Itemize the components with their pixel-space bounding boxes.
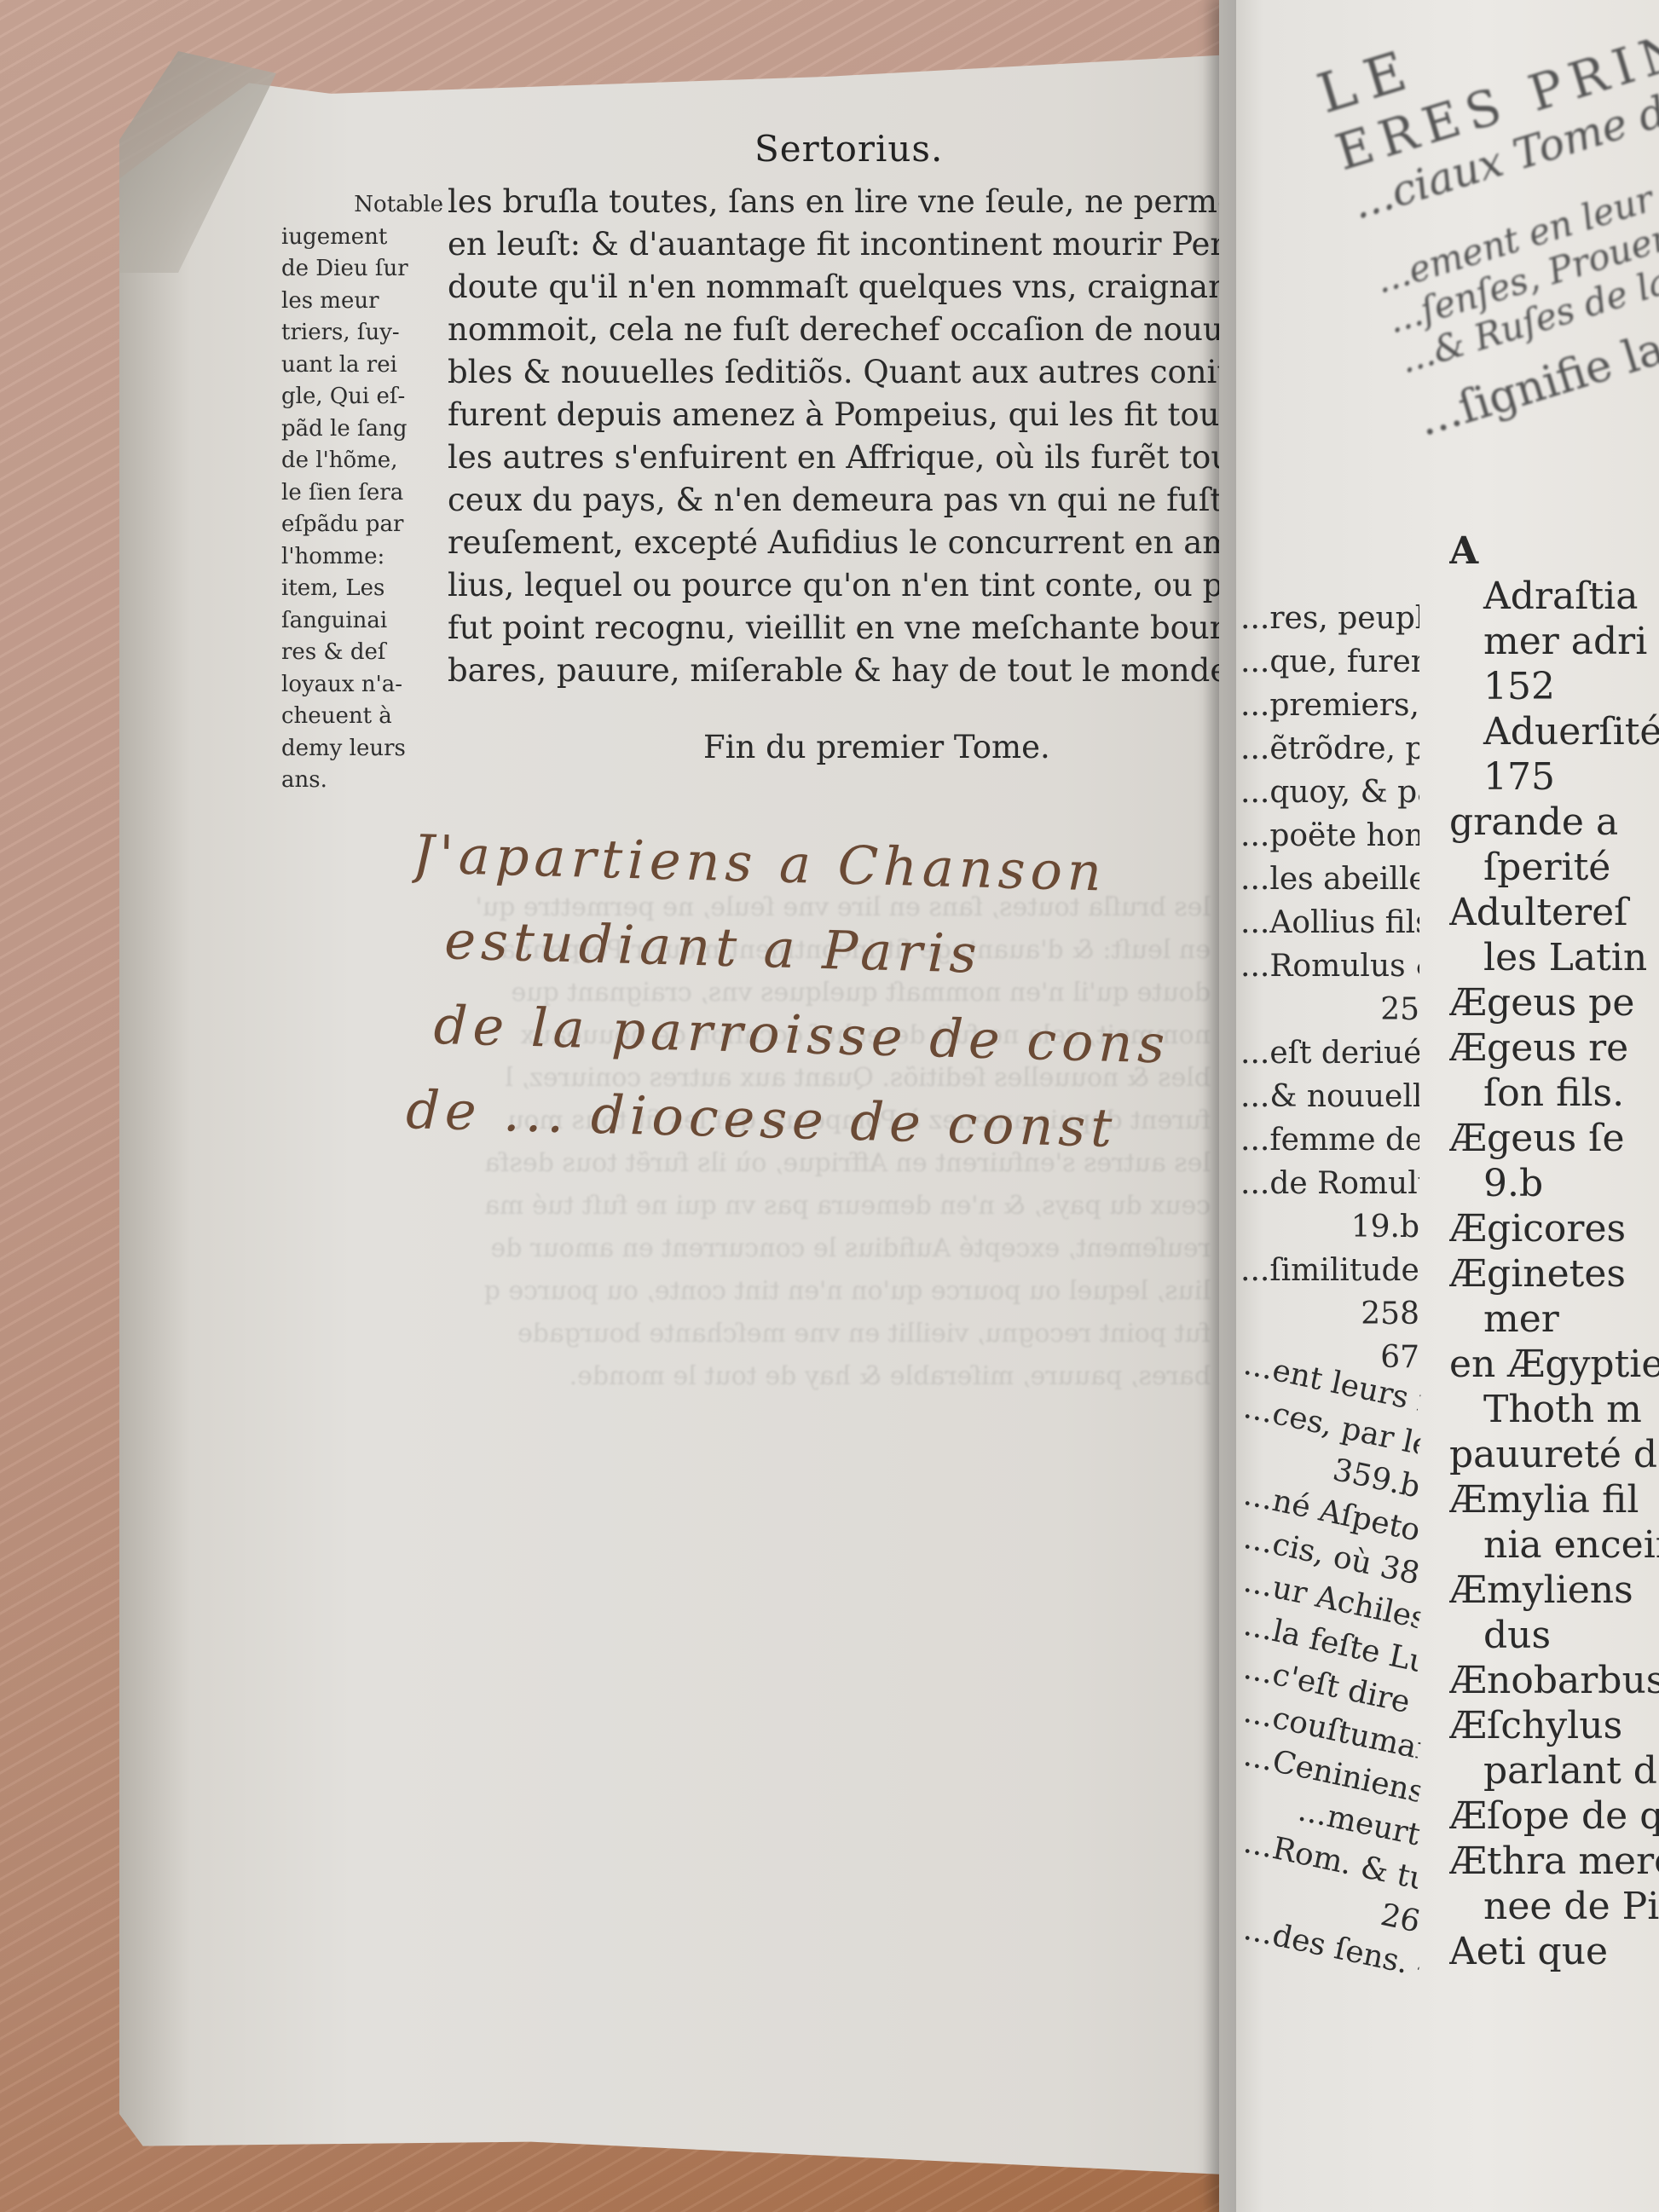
index-entry: Ænobarbus <box>1449 1658 1659 1703</box>
margin-note-line: le ſien ſera <box>281 477 443 510</box>
index-entry: ...ſimilitude de mi- <box>1240 1249 1419 1292</box>
index-entry: Æthra mere <box>1449 1839 1659 1884</box>
index-column-left: ...res, peuple Io- ...que, furent les ..… <box>1240 597 1419 1988</box>
index-entry: ...premiers, qui ſe <box>1240 684 1419 727</box>
margin-note-line: Notable <box>281 189 443 222</box>
margin-note-line: ans. <box>281 765 443 797</box>
index-entry: Æſchylus <box>1449 1703 1659 1748</box>
margin-note-line: ſanguinai <box>281 605 443 638</box>
index-entry: ...res, peuple Io- <box>1240 597 1419 640</box>
margin-note-line: cheuent à <box>281 701 443 733</box>
index-entry: Æmylia fil <box>1449 1477 1659 1522</box>
margin-note-line: loyaux n'a- <box>281 669 443 702</box>
index-entry: Ægeus ſe <box>1449 1116 1659 1161</box>
index-entry: ſon fils. <box>1449 1071 1659 1116</box>
margin-note-line: de l'hõme, <box>281 445 443 477</box>
body-line: en leuſt: & d'auantage fit incontinent m… <box>448 223 1309 266</box>
index-entry: en Ægyptie <box>1449 1342 1659 1387</box>
index-entry: ſperité <box>1449 845 1659 890</box>
margin-note-line: l'homme: <box>281 541 443 574</box>
margin-note-line: res & deſ <box>281 637 443 669</box>
body-text: les bruſla toutes, ſans en lire vne ſeul… <box>448 181 1309 692</box>
margin-note-line: les meur <box>281 286 443 318</box>
margin-note-line: triers, ſuy- <box>281 317 443 349</box>
index-entry: Ægeus re <box>1449 1025 1659 1071</box>
index-entry: Ægeus pe <box>1449 980 1659 1025</box>
index-entry: Adultereſ <box>1449 890 1659 935</box>
index-entry: ...eſt deriué ce nõ <box>1240 1031 1419 1075</box>
margin-note-line: iugement <box>281 222 443 254</box>
index-entry: 25 <box>1240 988 1419 1031</box>
index-entry: 175 <box>1449 754 1659 800</box>
index-entry: mer adri <box>1449 619 1659 664</box>
index-entry: 9.b <box>1449 1161 1659 1206</box>
index-entry: 258 <box>1240 1292 1419 1336</box>
index-entry: ...& nouuelle 525 <box>1240 1075 1419 1118</box>
index-entry: Adraſtia <box>1449 574 1659 619</box>
body-line: bares, pauure, miſerable & hay de tout l… <box>448 650 1309 692</box>
margin-note-line: pãd le ſang <box>281 413 443 446</box>
index-entry: dus <box>1449 1613 1659 1658</box>
index-entry: Aeti que <box>1449 1929 1659 1974</box>
index-entry: nia encein <box>1449 1522 1659 1568</box>
body-line: nommoit, cela ne fuſt derechef occaſion … <box>448 309 1309 351</box>
book-gutter <box>1202 0 1236 2212</box>
index-entry: les Latin <box>1449 935 1659 980</box>
index-entry: ...poëte honorez. 3 <box>1240 814 1419 858</box>
index-entry: Æginetes <box>1449 1251 1659 1297</box>
index-entry: ...Aollius fils & <box>1240 901 1419 944</box>
colophon: Fin du premier Tome. <box>703 729 1050 765</box>
index-entry: mer <box>1449 1297 1659 1342</box>
margin-note-line: uant la rei <box>281 349 443 382</box>
index-entry: ...ẽtrõdre, pour- <box>1240 727 1419 771</box>
body-line: bles & nouuelles ſeditiõs. Quant aux aut… <box>448 351 1309 394</box>
margin-note-line: demy leurs <box>281 733 443 765</box>
index-entry: ...Romulus & de <box>1240 944 1419 988</box>
index-entry: nee de Pith <box>1449 1884 1659 1929</box>
index-entry: pauureté de <box>1449 1432 1659 1477</box>
margin-note-line: eſpãdu par <box>281 509 443 541</box>
index-entry: ...quoy, & par quel <box>1240 771 1419 814</box>
index-entry: 19.b <box>1240 1205 1419 1249</box>
body-line: doute qu'il n'en nommaſt quelques vns, c… <box>448 266 1309 309</box>
index-letter-heading: A <box>1449 528 1659 574</box>
index-entry: ...de Romulus, & <box>1240 1162 1419 1205</box>
margin-note-line: de Dieu ſur <box>281 253 443 286</box>
body-line: ceux du pays, & n'en demeura pas vn qui … <box>448 479 1309 522</box>
index-entry: ...que, furent les <box>1240 640 1419 684</box>
index-column-right: A Adraſtia mer adri 152 Aduerſité 175 gr… <box>1449 528 1659 1974</box>
index-entry: ...femme de Fauſtu- <box>1240 1118 1419 1162</box>
index-entry: Thoth m <box>1449 1387 1659 1432</box>
index-entry: grande a <box>1449 800 1659 845</box>
body-line: fut point recognu, vieillit en vne meſch… <box>448 607 1309 650</box>
body-line: lius, lequel ou pource qu'on n'en tint c… <box>448 564 1309 607</box>
index-entry: 152 <box>1449 664 1659 709</box>
index-entry: Æſope de q <box>1449 1793 1659 1839</box>
body-line: furent depuis amenez à Pompeius, qui les… <box>448 394 1309 436</box>
index-entry: parlant de <box>1449 1748 1659 1793</box>
margin-note: Notable iugement de Dieu ſur les meur tr… <box>281 189 443 797</box>
body-line: les autres s'enfuirent en Affrique, où i… <box>448 436 1309 479</box>
index-entry: Aduerſité <box>1449 709 1659 754</box>
index-entry: Ægicores <box>1449 1206 1659 1251</box>
handwritten-inscription: J'apartiens a Chanson estudiant a Paris … <box>405 811 1249 1175</box>
running-head: Sertorius. <box>754 128 943 170</box>
index-entry: ...les abeilles 88.b <box>1240 858 1419 901</box>
body-line: reuſement, excepté Aufidius le concurren… <box>448 522 1309 564</box>
index-entry: Æmyliens <box>1449 1568 1659 1613</box>
margin-note-line: item, Les <box>281 573 443 605</box>
margin-note-line: gle, Qui eſ- <box>281 381 443 413</box>
body-line: les bruſla toutes, ſans en lire vne ſeul… <box>448 181 1309 223</box>
